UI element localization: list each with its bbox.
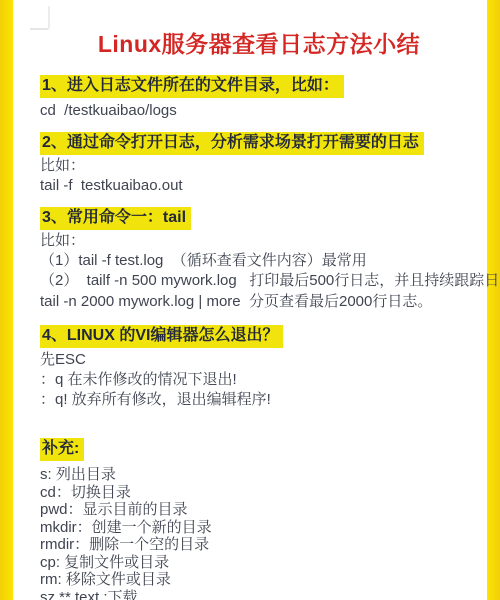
supplement-item-sz: sz **.text :下载 [40,589,478,600]
supplement-item-cp: cp: 复制文件或目录 [40,554,478,572]
command-q-force-quit: ：q! 放弃所有修改，退出编辑程序! [40,391,478,409]
page-title: Linux服务器查看日志方法小结 [40,30,478,58]
left-yellow-border [0,0,13,600]
section-4-header: 4、LINUX 的VI编辑器怎么退出？ [40,325,283,348]
note-page: Linux服务器查看日志方法小结 1、进入日志文件所在的文件目录，比如： cd … [0,0,500,600]
note-content: Linux服务器查看日志方法小结 1、进入日志文件所在的文件目录，比如： cd … [40,0,478,600]
section-common-command-tail: 3、常用命令一：tail 比如： （1）tail -f test.log （循环… [40,207,478,310]
supplement-item-ls: s: 列出目录 [40,466,478,484]
section-3-header: 3、常用命令一：tail [40,207,191,230]
example-label: 比如： [40,157,478,175]
section-2-header: 2、通过命令打开日志，分析需求场景打开需要的日志 [40,132,424,155]
section-supplement: 补充: s: 列出目录 cd：切换目录 pwd：显示目前的目录 mkdir：创建… [40,438,478,600]
section-enter-log-directory: 1、进入日志文件所在的文件目录，比如： cd /testkuaibao/logs [40,75,478,120]
supplement-item-pwd: pwd：显示目前的目录 [40,501,478,519]
command-cd-logs: cd /testkuaibao/logs [40,102,478,120]
supplement-item-rmdir: rmdir：删除一个空的目录 [40,536,478,554]
section-vi-editor-exit: 4、LINUX 的VI编辑器怎么退出？ 先ESC ：q 在未作修改的情况下退出!… [40,325,478,408]
example-label: 比如： [40,232,478,250]
right-yellow-border [487,0,500,600]
supplement-item-mkdir: mkdir：创建一个新的目录 [40,519,478,537]
supplement-item-cd: cd：切换目录 [40,484,478,502]
supplement-header: 补充: [40,438,84,461]
command-tail-f-testlog: （1）tail -f test.log （循环查看文件内容）最常用 [40,252,478,270]
command-q-quit: ：q 在未作修改的情况下退出! [40,371,478,389]
command-tail-n2000-more: tail -n 2000 mywork.log | more 分页查看最后200… [40,293,478,311]
supplement-item-rm: rm: 移除文件或目录 [40,571,478,589]
step-press-esc: 先ESC [40,351,478,369]
command-tailf-n500: （2） tailf -n 500 mywork.log 打印最后500行日志，并… [40,272,478,290]
section-open-log-by-command: 2、通过命令打开日志，分析需求场景打开需要的日志 比如： tail -f tes… [40,132,478,195]
section-1-header: 1、进入日志文件所在的文件目录，比如： [40,75,344,98]
command-tail-f-out: tail -f testkuaibao.out [40,177,478,195]
